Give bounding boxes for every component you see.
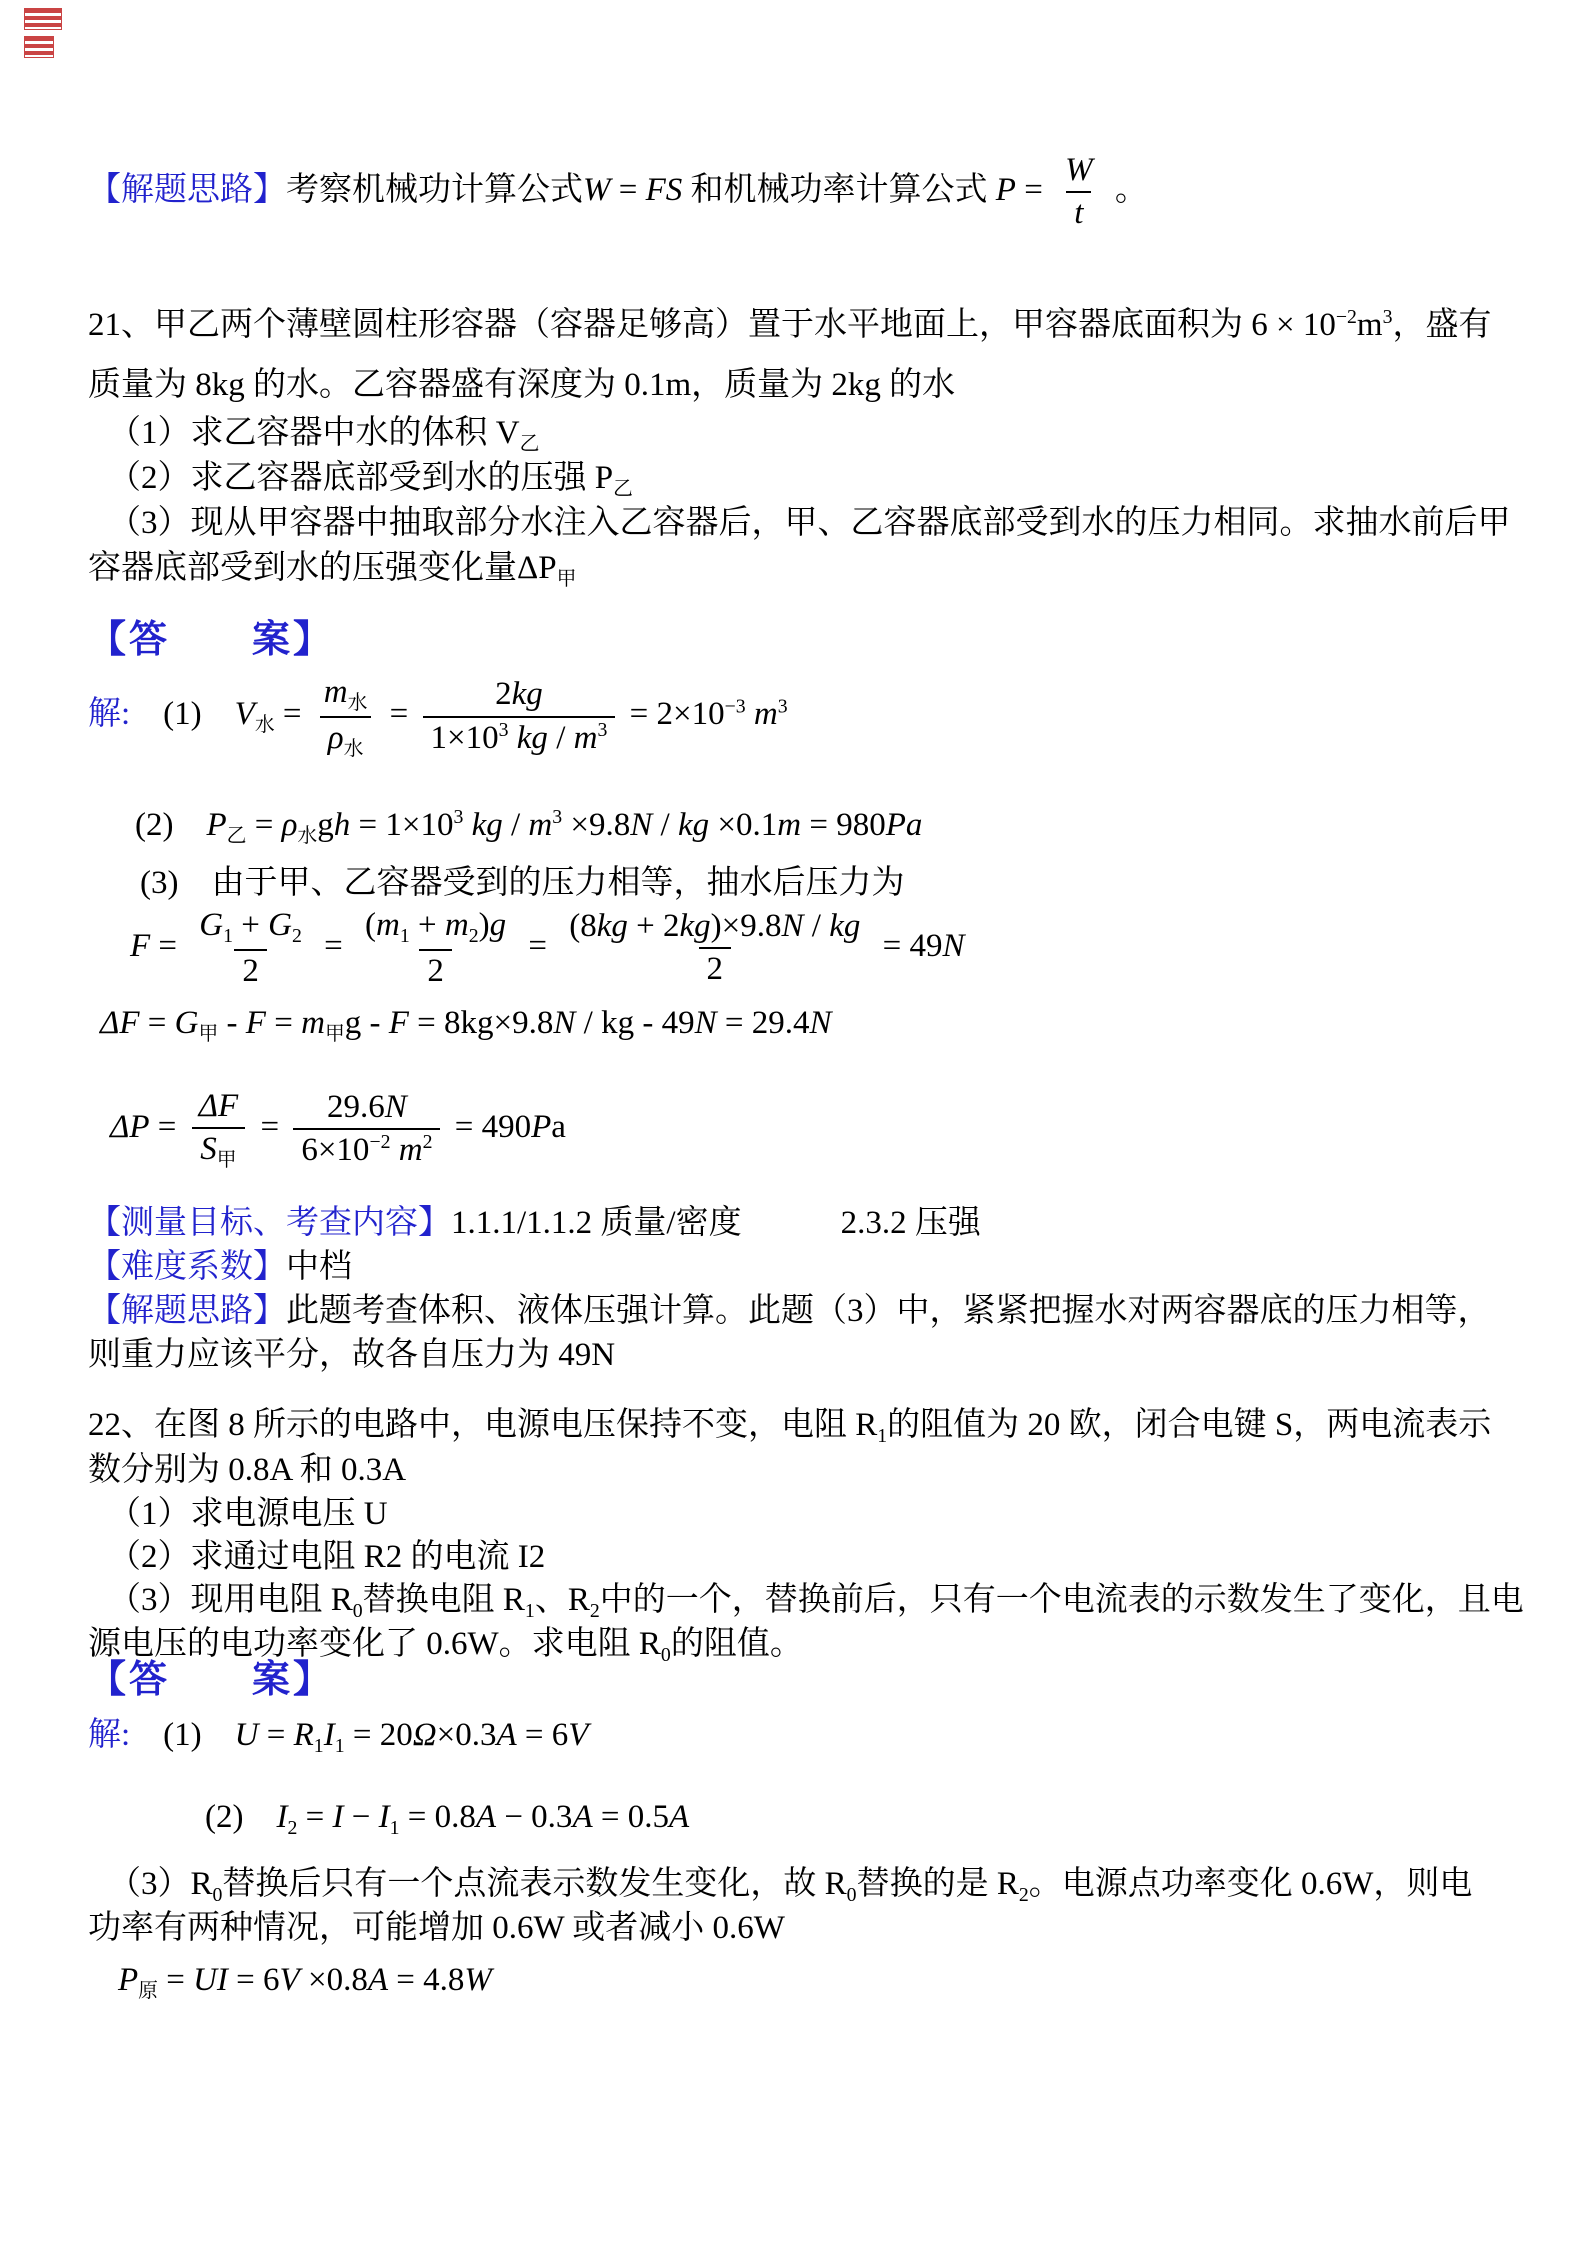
q20-idea-note: 【解题思路】考察机械功计算公式W = FS 和机械功率计算公式 P = Wt 。 <box>88 150 1148 235</box>
q22-item-2: （2）求通过电阻 R2 的电流 I2 <box>108 1530 545 1577</box>
q21-answer-header: 【答 案】 <box>88 608 334 663</box>
q22-solution-power-formula: P原 = UI = 6V ×0.8A = 4.8W <box>118 1962 492 2003</box>
q21-solution-step2: (2) P乙 = ρ水gh = 1×103 kg / m3 ×9.8N / kg… <box>135 798 922 848</box>
q21-idea-note-line2: 则重力应该平分，故各自压力为 49N <box>88 1328 615 1375</box>
q22-answer-header: 【答 案】 <box>88 1648 334 1703</box>
q21-solution-step1: 解: (1) V水 = m水ρ水 = 2kg1×103 kg / m3 = 2×… <box>88 672 788 761</box>
q22-solution-step3-line2: 功率有两种情况，可能增加 0.6W 或者减小 0.6W <box>88 1901 785 1948</box>
q22-item-1: （1）求电源电压 U <box>108 1487 388 1534</box>
q21-statement-line1: 21、甲乙两个薄壁圆柱形容器（容器足够高）置于水平地面上，甲容器底面积为 6 ×… <box>88 298 1491 345</box>
exam-document-page: 【解题思路】考察机械功计算公式W = FS 和机械功率计算公式 P = Wt 。… <box>0 0 1586 2244</box>
q21-measure-target-note: 【测量目标、考查内容】1.1.1/1.1.2 质量/密度 2.3.2 压强 <box>88 1196 981 1243</box>
q21-item-1: （1）求乙容器中水的体积 V乙 <box>108 406 539 456</box>
q22-solution-step3-line1: （3）R0替换后只有一个点流表示数发生变化，故 R0替换的是 R2。电源点功率变… <box>108 1857 1472 1907</box>
q21-idea-note-line1: 【解题思路】此题考查体积、液体压强计算。此题（3）中，紧紧把握水对两容器底的压力… <box>88 1284 1491 1331</box>
q21-difficulty-note: 【难度系数】中档 <box>88 1240 352 1287</box>
q22-statement-line2: 数分别为 0.8A 和 0.3A <box>88 1443 406 1490</box>
q22-solution-step1: 解: (1) U = R1I1 = 20Ω×0.3A = 6V <box>88 1708 588 1758</box>
q21-item-3-line1: （3）现从甲容器中抽取部分水注入乙容器后，甲、乙容器底部受到水的压力相同。求抽水… <box>108 496 1511 543</box>
q21-item-2: （2）求乙容器底部受到水的压强 P乙 <box>108 451 633 501</box>
q22-solution-step2: (2) I2 = I − I1 = 0.8A − 0.3A = 0.5A <box>205 1790 689 1840</box>
q21-solution-force-formula: F = G1 + G22 = (m1 + m2)g2 = (8kg + 2kg)… <box>130 905 965 992</box>
q21-solution-delta-f-formula: ΔF = G甲 - F = m甲g - F = 8kg×9.8N / kg - … <box>100 1005 831 1046</box>
red-annotation-mark-2 <box>24 36 54 58</box>
q21-solution-delta-p-formula: ΔP = ΔFS甲 = 29.6N6×10−2 m2 = 490Pa <box>110 1086 566 1173</box>
q22-item-3-line1: （3）现用电阻 R0替换电阻 R1、R2中的一个，替换前后，只有一个电流表的示数… <box>108 1573 1524 1623</box>
q21-statement-line2: 质量为 8kg 的水。乙容器盛有深度为 0.1m，质量为 2kg 的水 <box>88 358 955 405</box>
red-annotation-mark-1 <box>24 8 62 30</box>
q21-item-3-line2: 容器底部受到水的压强变化量ΔP甲 <box>88 541 576 591</box>
q22-statement-line1: 22、在图 8 所示的电路中，电源电压保持不变，电阻 R1的阻值为 20 欧，闭… <box>88 1398 1491 1448</box>
q21-solution-step3-text: (3) 由于甲、乙容器受到的压力相等，抽水后压力为 <box>140 856 904 903</box>
